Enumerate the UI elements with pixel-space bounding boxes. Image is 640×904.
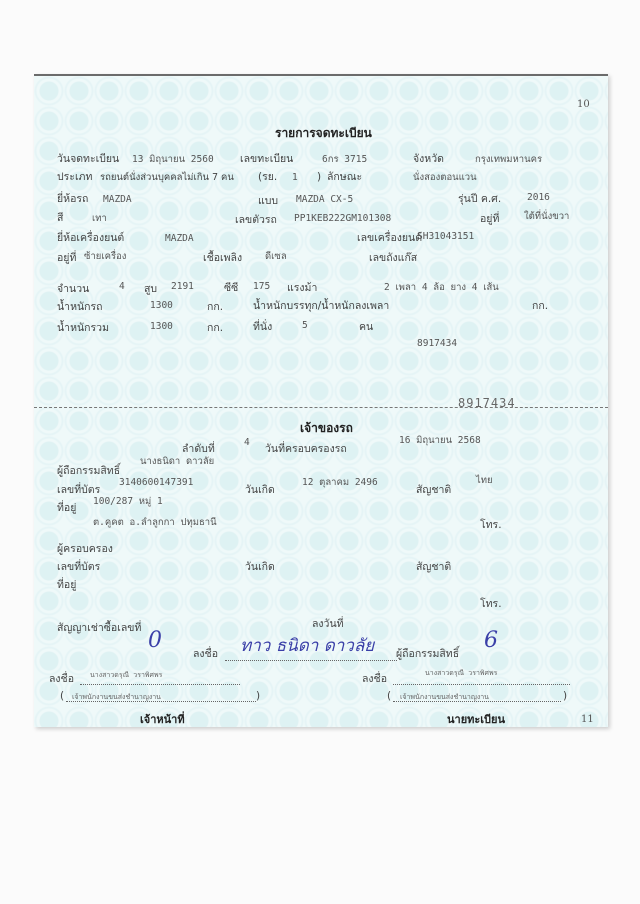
brand-value: MAZDA [103, 193, 132, 206]
code-value: 1 [292, 171, 298, 184]
code-close: ) [317, 171, 321, 184]
owner-title: เจ้าของรถ [300, 422, 353, 435]
year-value: 2016 [527, 191, 550, 204]
owner-id-value: 3140600147391 [119, 476, 193, 489]
engine-location-label: อยู่ที่ [57, 252, 76, 265]
style-value: นั่งสองตอนแวน [413, 171, 477, 184]
weight-value: 1300 [150, 299, 173, 312]
registrar-position: เจ้าพนักงานขนส่งชำนาญงาน [400, 692, 489, 703]
cylinders-unit: สูบ [144, 283, 157, 296]
owner-phone-label: โทร. [480, 519, 502, 532]
registrar-sign-dotline [393, 684, 570, 685]
possessor-phone-label: โทร. [480, 598, 502, 611]
type-label: ประเภท [57, 171, 92, 184]
weight-unit: กก. [207, 301, 223, 314]
possess-date-value: 16 มิถุนายน 2568 [399, 434, 481, 447]
vin-location-value: ใต้ที่นั่งขวา [524, 210, 569, 223]
province-label: จังหวัด [413, 153, 444, 166]
vin-label: เลขตัวรถ [235, 214, 277, 227]
seats-value: 5 [302, 319, 308, 332]
possessor-id-label: เลขที่บัตร [57, 561, 100, 574]
gross-weight-label: น้ำหนักรวม [57, 322, 109, 335]
color-label: สี [57, 212, 63, 225]
gross-weight-value: 1300 [150, 320, 173, 333]
owner-dob-value: 12 ตุลาคม 2496 [302, 476, 378, 489]
count-label: จำนวน [57, 283, 89, 296]
book-fold-line [34, 407, 608, 408]
code-open: (รย. [258, 171, 277, 184]
holder-name: นางธนิดา ดาวลัย [140, 455, 214, 468]
page-number-bottom: 11 [581, 713, 594, 726]
registrar-paren-open: ( [387, 690, 391, 703]
owner-address-label: ที่อยู่ [57, 502, 76, 515]
possessor-label: ผู้ครอบครอง [57, 543, 113, 556]
officer-position: เจ้าพนักงานขนส่งชำนาญงาน [72, 692, 161, 703]
year-label: รุ่นปี ค.ศ. [458, 193, 501, 206]
fuel-value: ดีเซล [265, 250, 287, 263]
fold-serial: 8917434 [458, 396, 516, 410]
vin-location-label: อยู่ที่ [480, 213, 499, 226]
registrar-sign-label: ลงชื่อ [362, 673, 387, 686]
contract-label: สัญญาเช่าซื้อเลขที่ [57, 622, 141, 635]
reg-date-label: วันจดทะเบียน [57, 153, 119, 166]
owner-address-line2: ต.คูคต อ.ลำลูกกา ปทุมธานี [93, 516, 217, 529]
engine-no-label: เลขเครื่องยนต์ [357, 232, 422, 245]
holder-role-label: ผู้ถือกรรมสิทธิ์ [396, 648, 459, 661]
registrar-role: นายทะเบียน [447, 713, 505, 726]
registration-serial: 8917434 [417, 337, 457, 350]
reg-date-value: 13 มิถุนายน 2560 [132, 153, 214, 166]
page-number-top: 10 [577, 98, 590, 111]
officer-sign-label: ลงชื่อ [49, 673, 74, 686]
type-value: รถยนต์นั่งส่วนบุคคลไม่เกิน 7 คน [100, 171, 234, 184]
holder-label: ผู้ถือกรรมสิทธิ์ [57, 465, 120, 478]
style-label: ลักษณะ [327, 171, 362, 184]
possessor-dob-label: วันเกิด [245, 561, 275, 574]
holder-sign-label: ลงชื่อ [193, 648, 218, 661]
hp-unit: แรงม้า [287, 282, 317, 295]
plate-label: เลขทะเบียน [240, 153, 293, 166]
engine-location-value: ซ้ายเครื่อง [84, 250, 126, 263]
hp-value: 175 [253, 280, 270, 293]
seats-label: ที่นั่ง [253, 321, 272, 334]
owner-nationality-value: ไทย [476, 474, 493, 487]
registrar-paren-close: ) [563, 690, 567, 703]
cc-unit: ซีซี [224, 282, 238, 295]
cc-value: 2191 [171, 280, 194, 293]
owner-address-line1: 100/287 หมู่ 1 [93, 495, 163, 508]
load-unit: กก. [532, 300, 548, 313]
seats-unit: คน [359, 321, 373, 334]
brand-label: ยี่ห้อรถ [57, 193, 88, 206]
order-value: 4 [244, 436, 250, 449]
holder-sign-dotline [225, 660, 397, 661]
handwritten-mark-left: 0 [148, 628, 162, 653]
holder-handwritten-signature: ทาว ธนิดา ดาวลัย [240, 632, 374, 659]
engine-no-value: SH31043151 [417, 230, 474, 243]
plate-value: 6กร 3715 [322, 153, 367, 166]
axles-wheels-value: 2 เพลา 4 ล้อ ยาง 4 เส้น [384, 281, 499, 294]
weight-label: น้ำหนักรถ [57, 301, 103, 314]
model-value: MAZDA CX-5 [296, 193, 353, 206]
registration-title: รายการจดทะเบียน [275, 127, 372, 140]
owner-dob-label: วันเกิด [245, 484, 275, 497]
gross-weight-unit: กก. [207, 322, 223, 335]
vin-value: PP1KEB222GM101308 [294, 212, 391, 225]
possessor-address-label: ที่อยู่ [57, 579, 76, 592]
color-value: เทา [92, 212, 107, 225]
possess-date-label: วันที่ครอบครองรถ [265, 443, 347, 456]
officer-sign-dotline [80, 684, 240, 685]
contract-date-label: ลงวันที่ [312, 618, 344, 631]
engine-brand-value: MAZDA [165, 232, 194, 245]
gas-tank-label: เลขถังแก๊ส [369, 252, 417, 265]
handwritten-mark-right: 6 [484, 628, 498, 653]
model-label: แบบ [258, 195, 278, 208]
owner-nationality-label: สัญชาติ [416, 484, 451, 497]
possessor-nationality-label: สัญชาติ [416, 561, 451, 574]
province-value: กรุงเทพมหานคร [475, 153, 542, 166]
officer-name: นางสาวดรุณี วราพิศพร [90, 670, 162, 681]
cylinders-value: 4 [119, 280, 125, 293]
officer-paren-open: ( [60, 690, 64, 703]
load-label: น้ำหนักบรรทุก/น้ำหนักลงเพลา [253, 300, 389, 313]
officer-role: เจ้าหน้าที่ [140, 713, 185, 726]
engine-brand-label: ยี่ห้อเครื่องยนต์ [57, 232, 124, 245]
officer-paren-close: ) [256, 690, 260, 703]
registrar-name: นางสาวดรุณี วราพิศพร [425, 668, 497, 679]
fuel-label: เชื้อเพลิง [203, 252, 242, 265]
